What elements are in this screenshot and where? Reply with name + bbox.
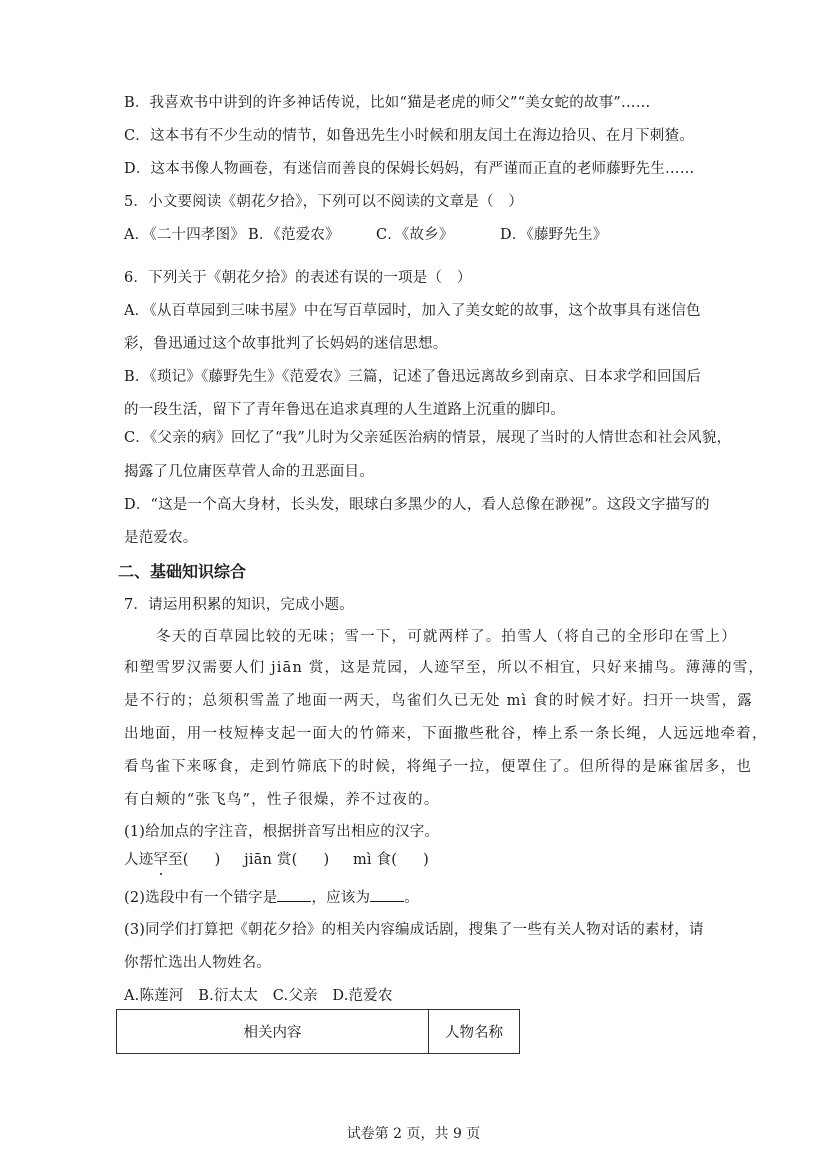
- exam-page: B．我喜欢书中讲到的许多神话传说，比如“猫是老虎的师父”“美女蛇的故事”…… C…: [0, 0, 827, 1169]
- q6-option-d-line2: 是范爱农。: [124, 528, 198, 548]
- q5-option-a: A．《二十四孝图》: [124, 225, 245, 245]
- section-title: 二、基础知识综合: [118, 561, 246, 583]
- answer-blank-wrong-char[interactable]: [277, 887, 311, 902]
- passage-line: 看鸟雀下来啄食，走到竹筛底下的时候，将绳子一拉，便罩住了。但所得的是麻雀居多，也: [124, 757, 752, 777]
- q4-option-b: B．我喜欢书中讲到的许多神话传说，比如“猫是老虎的师父”“美女蛇的故事”……: [124, 93, 650, 113]
- q6-option-a-line1: A．《从百草园到三味书屋》中在写百草园时，加入了美女蛇的故事，这个故事具有迷信色: [124, 301, 701, 321]
- q7-sub3-stem-line1: (3)同学们打算把《朝花夕拾》的相关内容编成话剧，搜集了一些有关人物对话的素材，…: [124, 920, 704, 940]
- q6-option-c-line2: 揭露了几位庸医草菅人命的丑恶面目。: [124, 462, 374, 482]
- passage-line: 有白颊的“张飞鸟”，性子很燥，养不过夜的。: [124, 790, 440, 810]
- q6-option-c-line1: C．《父亲的病》回忆了“我”儿时为父亲延医治病的情景，展现了当时的人情世态和社会…: [124, 428, 731, 448]
- q7-sub3-options: A.陈莲河 B.衍太太 C.父亲 D.范爱农: [124, 986, 393, 1006]
- sub1-item-1: 人迹罕至(): [124, 852, 221, 868]
- q5-option-c: C．《故乡》: [376, 225, 454, 245]
- q6-stem: 6．下列关于《朝花夕拾》的表述有误的一项是（ ）: [124, 268, 472, 288]
- q7-stem: 7．请运用积累的知识，完成小题。: [124, 595, 354, 615]
- q4-option-c: C．这本书有不少生动的情节，如鲁迅先生小时候和朋友闰土在海边拾贝、在月下刺猹。: [124, 126, 694, 146]
- sub1-item-2: jiān 赏(): [244, 852, 329, 868]
- q7-sub1-items: 人迹罕至() jiān 赏() mì 食(): [124, 850, 429, 870]
- table-header-content: 相关内容: [117, 1010, 429, 1054]
- q4-option-d: D．这本书像人物画卷，有迷信而善良的保姆长妈妈，有严谨而正直的老师藤野先生……: [124, 159, 694, 179]
- q5-stem: 5．小文要阅读《朝花夕拾》，下列可以不阅读的文章是（ ）: [124, 192, 523, 212]
- q6-option-b-line2: 的一段生活，留下了青年鲁迅在追求真理的人生道路上沉重的脚印。: [124, 400, 565, 420]
- sub1-item-3: mì 食(): [353, 852, 429, 868]
- passage-line: 出地面，用一枝短棒支起一面大的竹筛来，下面撒些秕谷，棒上系一条长绳，人远远地牵着…: [124, 724, 768, 744]
- q5-options: A．《二十四孝图》 B．《范爱农》 C．《故乡》 D．《藤野先生》: [0, 225, 827, 245]
- q6-option-a-line2: 彩，鲁迅通过这个故事批判了长妈妈的迷信思想。: [124, 334, 447, 354]
- q5-option-d: D．《藤野先生》: [500, 225, 607, 245]
- table-header-row: 相关内容 人物名称: [117, 1010, 520, 1054]
- table-header-name: 人物名称: [428, 1010, 519, 1054]
- answer-blank-correct-char[interactable]: [370, 887, 404, 902]
- q6-option-b-line1: B．《琐记》《藤野先生》《范爱农》三篇，记述了鲁迅远离故乡到南京、日本求学和回国…: [124, 367, 701, 387]
- passage-line: 是不行的；总须积雪盖了地面一两天，鸟雀们久已无处 mì 食的时候才好。扫开一块雪…: [124, 691, 753, 711]
- passage-line: 和塑雪罗汉需要人们 jiān 赏，这是荒园，人迹罕至，所以不相宜，只好来捕鸟。薄…: [124, 658, 764, 678]
- passage-line: 冬天的百草园比较的无味；雪一下，可就两样了。拍雪人（将自己的全形印在雪上）: [156, 627, 737, 647]
- q7-sub3-stem-line2: 你帮忙选出人物姓名。: [124, 953, 271, 973]
- q7-sub1-stem: (1)给加点的字注音，根据拼音写出相应的汉字。: [124, 822, 439, 842]
- emphasis-dot-char: 罕: [153, 850, 168, 870]
- q5-option-b: B．《范爱农》: [248, 225, 340, 245]
- q7-sub2: (2)选段中有一个错字是，应该为。: [124, 887, 419, 908]
- q6-option-d-line1: D．“这是一个高大身材，长头发，眼球白多黑少的人，看人总像在渺视”。这段文字描写…: [124, 495, 710, 515]
- answer-table: 相关内容 人物名称: [116, 1009, 520, 1054]
- page-footer: 试卷第 2 页，共 9 页: [0, 1123, 827, 1143]
